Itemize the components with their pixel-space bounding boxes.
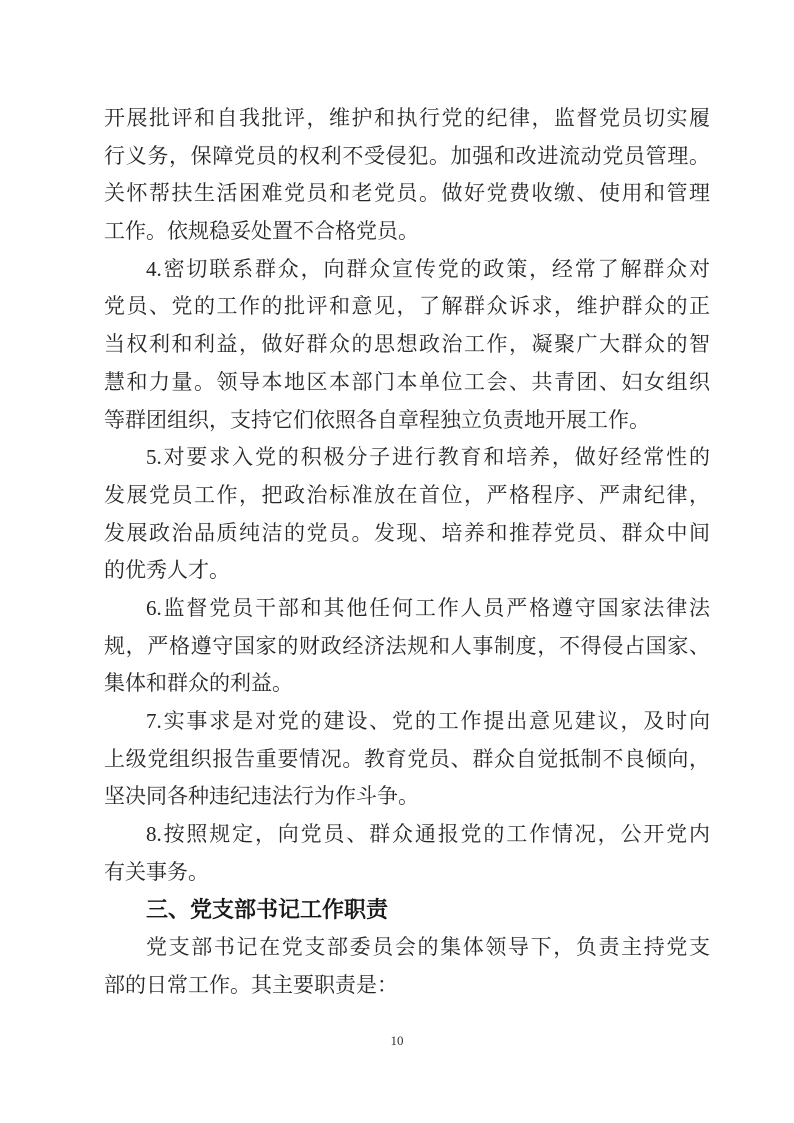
- text-line: 坚决同各种违纪违法行为作斗争。: [104, 778, 710, 816]
- paragraph-item-7: 7.实事求是对党的建设、党的工作提出意见建议，及时向 上级党组织报告重要情况。教…: [104, 703, 710, 816]
- text-line: 慧和力量。领导本地区本部门本单位工会、共青团、妇女组织: [104, 364, 710, 402]
- text-line: 当权利和利益，做好群众的思想政治工作，凝聚广大群众的智: [104, 326, 710, 364]
- text-line: 行义务，保障党员的权利不受侵犯。加强和改进流动党员管理。: [104, 138, 710, 176]
- text-line: 发展政治品质纯洁的党员。发现、培养和推荐党员、群众中间: [104, 515, 710, 553]
- text-line: 开展批评和自我批评，维护和执行党的纪律，监督党员切实履: [104, 100, 710, 138]
- text-line: 发展党员工作，把政治标准放在首位，严格程序、严肃纪律，: [104, 477, 710, 515]
- paragraph-item-4: 4.密切联系群众，向群众宣传党的政策，经常了解群众对 党员、党的工作的批评和意见…: [104, 251, 710, 439]
- document-page: 开展批评和自我批评，维护和执行党的纪律，监督党员切实履 行义务，保障党员的权利不…: [0, 0, 794, 1123]
- paragraph-continuation: 开展批评和自我批评，维护和执行党的纪律，监督党员切实履 行义务，保障党员的权利不…: [104, 100, 710, 251]
- paragraph-item-6: 6.监督党员干部和其他任何工作人员严格遵守国家法律法 规，严格遵守国家的财政经济…: [104, 590, 710, 703]
- text-line: 7.实事求是对党的建设、党的工作提出意见建议，及时向: [104, 703, 710, 741]
- section-heading: 三、党支部书记工作职责: [104, 891, 710, 929]
- paragraph-final: 党支部书记在党支部委员会的集体领导下，负责主持党支 部的日常工作。其主要职责是：: [104, 929, 710, 1004]
- paragraph-item-5: 5.对要求入党的积极分子进行教育和培养，做好经常性的 发展党员工作，把政治标准放…: [104, 439, 710, 590]
- text-line: 部的日常工作。其主要职责是：: [104, 967, 710, 1005]
- text-line: 规，严格遵守国家的财政经济法规和人事制度，不得侵占国家、: [104, 628, 710, 666]
- paragraph-item-8: 8.按照规定，向党员、群众通报党的工作情况，公开党内 有关事务。: [104, 816, 710, 891]
- text-line: 集体和群众的利益。: [104, 665, 710, 703]
- text-line: 8.按照规定，向党员、群众通报党的工作情况，公开党内: [104, 816, 710, 854]
- document-body: 开展批评和自我批评，维护和执行党的纪律，监督党员切实履 行义务，保障党员的权利不…: [104, 100, 710, 1005]
- text-line: 的优秀人才。: [104, 552, 710, 590]
- text-line: 6.监督党员干部和其他任何工作人员严格遵守国家法律法: [104, 590, 710, 628]
- text-line: 工作。依规稳妥处置不合格党员。: [104, 213, 710, 251]
- text-line: 等群团组织，支持它们依照各自章程独立负责地开展工作。: [104, 402, 710, 440]
- text-line: 关怀帮扶生活困难党员和老党员。做好党费收缴、使用和管理: [104, 175, 710, 213]
- text-line: 党员、党的工作的批评和意见，了解群众诉求，维护群众的正: [104, 288, 710, 326]
- text-line: 有关事务。: [104, 854, 710, 892]
- text-line: 党支部书记在党支部委员会的集体领导下，负责主持党支: [104, 929, 710, 967]
- text-line: 5.对要求入党的积极分子进行教育和培养，做好经常性的: [104, 439, 710, 477]
- text-line: 上级党组织报告重要情况。教育党员、群众自觉抵制不良倾向，: [104, 741, 710, 779]
- text-line: 4.密切联系群众，向群众宣传党的政策，经常了解群众对: [104, 251, 710, 289]
- page-number: 10: [0, 1033, 794, 1049]
